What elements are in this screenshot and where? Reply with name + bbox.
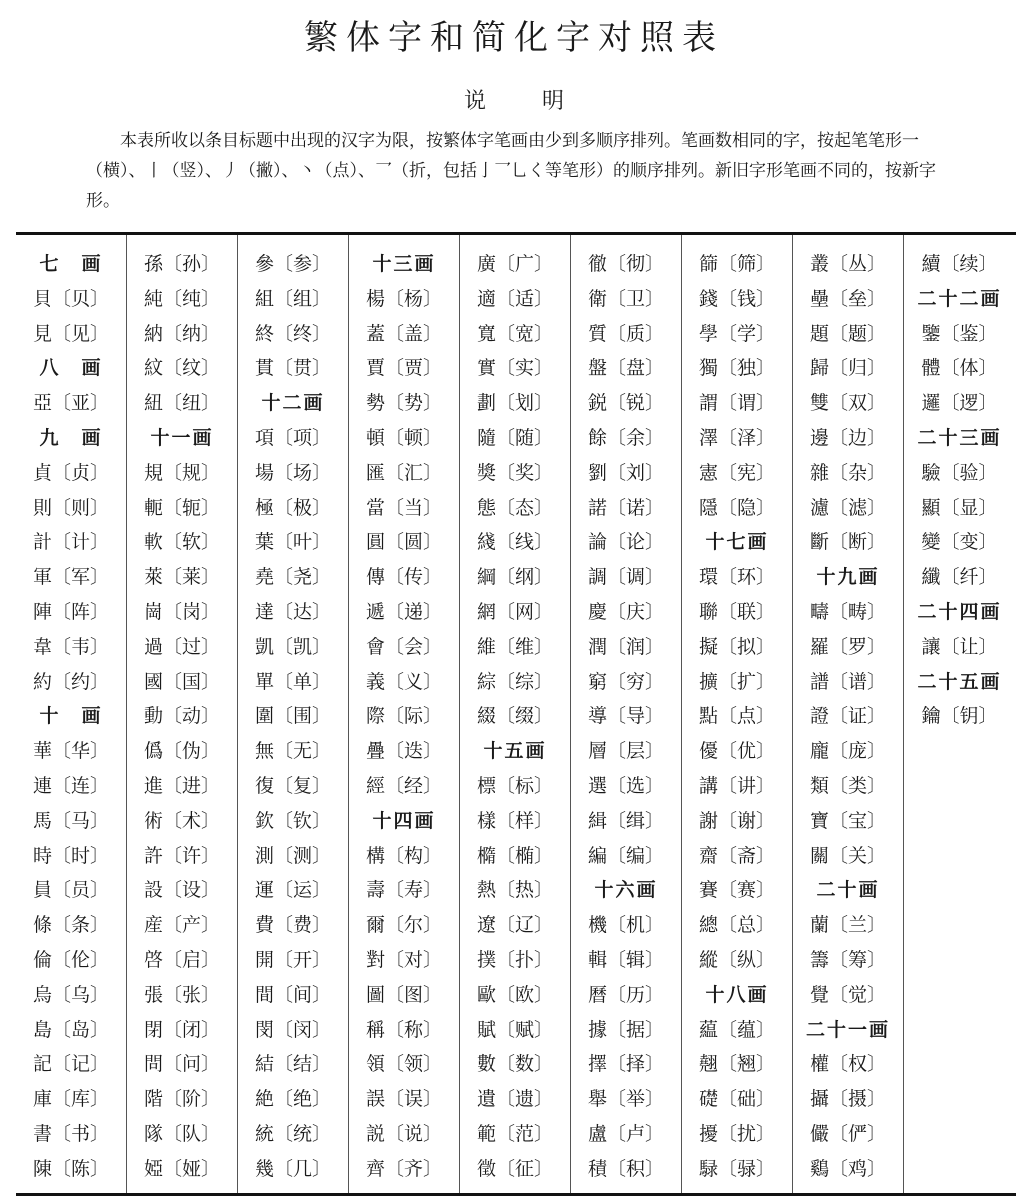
- character-pair: 閔〔闵〕: [238, 1013, 348, 1048]
- character-pair: 領〔领〕: [349, 1047, 459, 1082]
- stroke-count-heading: 二十三画: [904, 421, 1015, 456]
- character-pair: 紐〔纽〕: [127, 386, 237, 421]
- character-pair: 義〔义〕: [349, 665, 459, 700]
- character-pair: 進〔进〕: [127, 769, 237, 804]
- character-pair: 測〔测〕: [238, 839, 348, 874]
- character-pair: 獎〔奖〕: [460, 456, 570, 491]
- character-pair: 過〔过〕: [127, 630, 237, 665]
- character-pair: 絶〔绝〕: [238, 1082, 348, 1117]
- character-pair: 達〔达〕: [238, 595, 348, 630]
- character-pair: 齊〔齐〕: [349, 1152, 459, 1187]
- character-pair: 導〔导〕: [571, 699, 681, 734]
- stroke-count-heading: 十五画: [460, 734, 570, 769]
- character-pair: 範〔范〕: [460, 1117, 570, 1152]
- character-pair: 純〔纯〕: [127, 282, 237, 317]
- character-pair: 統〔统〕: [238, 1117, 348, 1152]
- character-pair: 潤〔润〕: [571, 630, 681, 665]
- character-pair: 適〔适〕: [460, 282, 570, 317]
- character-pair: 張〔张〕: [127, 978, 237, 1013]
- character-pair: 項〔项〕: [238, 421, 348, 456]
- character-pair: 綴〔缀〕: [460, 699, 570, 734]
- character-pair: 盤〔盘〕: [571, 351, 681, 386]
- character-pair: 極〔极〕: [238, 491, 348, 526]
- character-pair: 邏〔逻〕: [904, 386, 1015, 421]
- stroke-count-heading: 十七画: [682, 525, 792, 560]
- character-pair: 總〔总〕: [682, 908, 792, 943]
- character-pair: 費〔费〕: [238, 908, 348, 943]
- character-pair: 納〔纳〕: [127, 317, 237, 352]
- character-pair: 規〔规〕: [127, 456, 237, 491]
- stroke-count-heading: 二十五画: [904, 665, 1015, 700]
- character-pair: 錢〔钱〕: [682, 282, 792, 317]
- stroke-count-heading: 九 画: [16, 421, 126, 456]
- character-pair: 構〔构〕: [349, 839, 459, 874]
- character-pair: 崗〔岗〕: [127, 595, 237, 630]
- character-pair: 態〔态〕: [460, 491, 570, 526]
- character-pair: 變〔变〕: [904, 525, 1015, 560]
- character-pair: 啓〔启〕: [127, 943, 237, 978]
- section-heading: 说明: [0, 84, 1028, 115]
- character-pair: 諾〔诺〕: [571, 491, 681, 526]
- character-pair: 貞〔贞〕: [16, 456, 126, 491]
- page-title: 繁体字和简化字对照表: [0, 10, 1028, 59]
- character-pair: 婭〔娅〕: [127, 1152, 237, 1187]
- character-pair: 調〔调〕: [571, 560, 681, 595]
- character-pair: 慶〔庆〕: [571, 595, 681, 630]
- character-pair: 亞〔亚〕: [16, 386, 126, 421]
- character-pair: 綫〔线〕: [460, 525, 570, 560]
- character-pair: 擴〔扩〕: [682, 665, 792, 700]
- character-pair: 寶〔宝〕: [793, 804, 903, 839]
- table-column: 廣〔广〕適〔适〕寬〔宽〕實〔实〕劃〔划〕隨〔随〕獎〔奖〕態〔态〕綫〔线〕綱〔纲〕…: [460, 235, 571, 1193]
- character-pair: 當〔当〕: [349, 491, 459, 526]
- stroke-count-heading: 七 画: [16, 247, 126, 282]
- character-pair: 圓〔圆〕: [349, 525, 459, 560]
- character-pair: 場〔场〕: [238, 456, 348, 491]
- character-pair: 隊〔队〕: [127, 1117, 237, 1152]
- character-pair: 曆〔历〕: [571, 978, 681, 1013]
- character-pair: 經〔经〕: [349, 769, 459, 804]
- character-pair: 貫〔贯〕: [238, 351, 348, 386]
- character-pair: 組〔组〕: [238, 282, 348, 317]
- table-column: 十三画楊〔杨〕蓋〔盖〕賈〔贾〕勢〔势〕頓〔顿〕匯〔汇〕當〔当〕圓〔圆〕傳〔传〕遞…: [349, 235, 460, 1193]
- character-pair: 術〔术〕: [127, 804, 237, 839]
- character-pair: 聯〔联〕: [682, 595, 792, 630]
- stroke-count-heading: 十四画: [349, 804, 459, 839]
- stroke-count-heading: 十六画: [571, 873, 681, 908]
- character-pair: 參〔参〕: [238, 247, 348, 282]
- character-pair: 騄〔𫘧〕: [682, 1152, 792, 1187]
- character-pair: 標〔标〕: [460, 769, 570, 804]
- character-pair: 擾〔扰〕: [682, 1117, 792, 1152]
- character-pair: 賽〔赛〕: [682, 873, 792, 908]
- character-pair: 據〔据〕: [571, 1013, 681, 1048]
- section-heading-char: 说: [464, 84, 486, 115]
- character-pair: 鋭〔锐〕: [571, 386, 681, 421]
- character-pair: 憲〔宪〕: [682, 456, 792, 491]
- description: 本表所收以条目标题中出现的汉字为限，按繁体字笔画由少到多顺序排列。笔画数相同的字…: [86, 126, 956, 216]
- character-pair: 鑰〔钥〕: [904, 699, 1015, 734]
- character-pair: 實〔实〕: [460, 351, 570, 386]
- stroke-count-heading: 十一画: [127, 421, 237, 456]
- character-pair: 賦〔赋〕: [460, 1013, 570, 1048]
- character-pair: 壘〔垒〕: [793, 282, 903, 317]
- character-pair: 環〔环〕: [682, 560, 792, 595]
- character-pair: 層〔层〕: [571, 734, 681, 769]
- character-pair: 約〔约〕: [16, 665, 126, 700]
- character-pair: 條〔条〕: [16, 908, 126, 943]
- character-pair: 譜〔谱〕: [793, 665, 903, 700]
- character-pair: 綱〔纲〕: [460, 560, 570, 595]
- character-pair: 庫〔库〕: [16, 1082, 126, 1117]
- character-pair: 會〔会〕: [349, 630, 459, 665]
- character-pair: 綜〔综〕: [460, 665, 570, 700]
- character-pair: 撲〔扑〕: [460, 943, 570, 978]
- character-pair: 學〔学〕: [682, 317, 792, 352]
- stroke-count-heading: 二十画: [793, 873, 903, 908]
- character-pair: 則〔则〕: [16, 491, 126, 526]
- character-pair: 韋〔韦〕: [16, 630, 126, 665]
- character-pair: 時〔时〕: [16, 839, 126, 874]
- character-pair: 題〔题〕: [793, 317, 903, 352]
- character-pair: 擬〔拟〕: [682, 630, 792, 665]
- character-pair: 無〔无〕: [238, 734, 348, 769]
- character-pair: 篩〔筛〕: [682, 247, 792, 282]
- character-pair: 餘〔余〕: [571, 421, 681, 456]
- character-pair: 結〔结〕: [238, 1047, 348, 1082]
- character-pair: 葉〔叶〕: [238, 525, 348, 560]
- character-pair: 徵〔征〕: [460, 1152, 570, 1187]
- character-pair: 閉〔闭〕: [127, 1013, 237, 1048]
- character-pair: 陳〔陈〕: [16, 1152, 126, 1187]
- character-pair: 數〔数〕: [460, 1047, 570, 1082]
- character-pair: 礎〔础〕: [682, 1082, 792, 1117]
- character-pair: 雙〔双〕: [793, 386, 903, 421]
- character-pair: 島〔岛〕: [16, 1013, 126, 1048]
- character-pair: 熱〔热〕: [460, 873, 570, 908]
- character-pair: 論〔论〕: [571, 525, 681, 560]
- character-pair: 緝〔缉〕: [571, 804, 681, 839]
- character-pair: 輯〔辑〕: [571, 943, 681, 978]
- character-pair: 鑒〔鉴〕: [904, 317, 1015, 352]
- character-pair: 點〔点〕: [682, 699, 792, 734]
- character-pair: 書〔书〕: [16, 1117, 126, 1152]
- table-column: 孫〔孙〕純〔纯〕納〔纳〕紋〔纹〕紐〔纽〕十一画規〔规〕軛〔轭〕軟〔软〕萊〔莱〕崗…: [127, 235, 238, 1193]
- character-pair: 壽〔寿〕: [349, 873, 459, 908]
- character-pair: 楊〔杨〕: [349, 282, 459, 317]
- table-column: 七 画貝〔贝〕見〔见〕八 画亞〔亚〕九 画貞〔贞〕則〔则〕計〔计〕軍〔军〕陣〔阵…: [16, 235, 127, 1193]
- character-pair: 劃〔划〕: [460, 386, 570, 421]
- character-pair: 歸〔归〕: [793, 351, 903, 386]
- character-pair: 軍〔军〕: [16, 560, 126, 595]
- stroke-count-heading: 十八画: [682, 978, 792, 1013]
- character-pair: 羅〔罗〕: [793, 630, 903, 665]
- character-table: 七 画貝〔贝〕見〔见〕八 画亞〔亚〕九 画貞〔贞〕則〔则〕計〔计〕軍〔军〕陣〔阵…: [16, 232, 1016, 1196]
- character-pair: 關〔关〕: [793, 839, 903, 874]
- character-pair: 誤〔误〕: [349, 1082, 459, 1117]
- character-pair: 疇〔畴〕: [793, 595, 903, 630]
- character-pair: 凱〔凯〕: [238, 630, 348, 665]
- character-pair: 衛〔卫〕: [571, 282, 681, 317]
- character-pair: 隱〔隐〕: [682, 491, 792, 526]
- character-pair: 選〔选〕: [571, 769, 681, 804]
- character-pair: 邊〔边〕: [793, 421, 903, 456]
- character-pair: 權〔权〕: [793, 1047, 903, 1082]
- character-pair: 雜〔杂〕: [793, 456, 903, 491]
- character-pair: 圍〔围〕: [238, 699, 348, 734]
- table-column: 篩〔筛〕錢〔钱〕學〔学〕獨〔独〕謂〔谓〕澤〔泽〕憲〔宪〕隱〔隐〕十七画環〔环〕聯…: [682, 235, 793, 1193]
- character-pair: 單〔单〕: [238, 665, 348, 700]
- character-pair: 優〔优〕: [682, 734, 792, 769]
- character-pair: 孫〔孙〕: [127, 247, 237, 282]
- stroke-count-heading: 八 画: [16, 351, 126, 386]
- character-pair: 翹〔翘〕: [682, 1047, 792, 1082]
- character-pair: 劉〔刘〕: [571, 456, 681, 491]
- character-pair: 圖〔图〕: [349, 978, 459, 1013]
- character-pair: 樣〔样〕: [460, 804, 570, 839]
- character-pair: 謝〔谢〕: [682, 804, 792, 839]
- character-pair: 疊〔迭〕: [349, 734, 459, 769]
- character-pair: 寬〔宽〕: [460, 317, 570, 352]
- stroke-count-heading: 十 画: [16, 699, 126, 734]
- character-pair: 稱〔称〕: [349, 1013, 459, 1048]
- character-pair: 爾〔尔〕: [349, 908, 459, 943]
- character-pair: 維〔维〕: [460, 630, 570, 665]
- character-pair: 僞〔伪〕: [127, 734, 237, 769]
- character-pair: 間〔间〕: [238, 978, 348, 1013]
- stroke-count-heading: 十二画: [238, 386, 348, 421]
- table-column: 參〔参〕組〔组〕終〔终〕貫〔贯〕十二画項〔项〕場〔场〕極〔极〕葉〔叶〕堯〔尧〕達…: [238, 235, 349, 1193]
- character-pair: 顯〔显〕: [904, 491, 1015, 526]
- character-pair: 獨〔独〕: [682, 351, 792, 386]
- character-pair: 記〔记〕: [16, 1047, 126, 1082]
- character-pair: 傳〔传〕: [349, 560, 459, 595]
- character-pair: 動〔动〕: [127, 699, 237, 734]
- character-pair: 堯〔尧〕: [238, 560, 348, 595]
- character-pair: 烏〔乌〕: [16, 978, 126, 1013]
- stroke-count-heading: 二十二画: [904, 282, 1015, 317]
- character-pair: 隨〔随〕: [460, 421, 570, 456]
- character-pair: 藴〔蕴〕: [682, 1013, 792, 1048]
- character-pair: 講〔讲〕: [682, 769, 792, 804]
- character-pair: 橢〔椭〕: [460, 839, 570, 874]
- character-pair: 連〔连〕: [16, 769, 126, 804]
- character-pair: 龐〔庞〕: [793, 734, 903, 769]
- character-pair: 擇〔择〕: [571, 1047, 681, 1082]
- character-pair: 復〔复〕: [238, 769, 348, 804]
- character-pair: 續〔续〕: [904, 247, 1015, 282]
- character-pair: 頓〔顿〕: [349, 421, 459, 456]
- character-pair: 説〔说〕: [349, 1117, 459, 1152]
- character-pair: 鷄〔鸡〕: [793, 1152, 903, 1187]
- character-pair: 體〔体〕: [904, 351, 1015, 386]
- table-column: 徹〔彻〕衛〔卫〕質〔质〕盤〔盘〕鋭〔锐〕餘〔余〕劉〔刘〕諾〔诺〕論〔论〕調〔调〕…: [571, 235, 682, 1193]
- character-pair: 覺〔觉〕: [793, 978, 903, 1013]
- character-pair: 齋〔斋〕: [682, 839, 792, 874]
- character-pair: 籌〔筹〕: [793, 943, 903, 978]
- stroke-count-heading: 二十一画: [793, 1013, 903, 1048]
- character-pair: 國〔国〕: [127, 665, 237, 700]
- character-pair: 紋〔纹〕: [127, 351, 237, 386]
- character-pair: 窮〔穷〕: [571, 665, 681, 700]
- character-pair: 攝〔摄〕: [793, 1082, 903, 1117]
- character-pair: 馬〔马〕: [16, 804, 126, 839]
- character-pair: 遼〔辽〕: [460, 908, 570, 943]
- character-pair: 澤〔泽〕: [682, 421, 792, 456]
- character-pair: 機〔机〕: [571, 908, 681, 943]
- character-pair: 編〔编〕: [571, 839, 681, 874]
- character-pair: 計〔计〕: [16, 525, 126, 560]
- character-pair: 階〔阶〕: [127, 1082, 237, 1117]
- character-pair: 幾〔几〕: [238, 1152, 348, 1187]
- character-pair: 謂〔谓〕: [682, 386, 792, 421]
- character-pair: 設〔设〕: [127, 873, 237, 908]
- description-text: 本表所收以条目标题中出现的汉字为限，按繁体字笔画由少到多顺序排列。笔画数相同的字…: [86, 126, 956, 216]
- character-pair: 驗〔验〕: [904, 456, 1015, 491]
- character-pair: 軟〔软〕: [127, 525, 237, 560]
- character-pair: 縱〔纵〕: [682, 943, 792, 978]
- character-pair: 勢〔势〕: [349, 386, 459, 421]
- character-pair: 見〔见〕: [16, 317, 126, 352]
- character-pair: 對〔对〕: [349, 943, 459, 978]
- character-pair: 纖〔纤〕: [904, 560, 1015, 595]
- character-pair: 濾〔滤〕: [793, 491, 903, 526]
- character-pair: 華〔华〕: [16, 734, 126, 769]
- character-pair: 廣〔广〕: [460, 247, 570, 282]
- character-pair: 軛〔轭〕: [127, 491, 237, 526]
- character-pair: 終〔终〕: [238, 317, 348, 352]
- character-pair: 問〔问〕: [127, 1047, 237, 1082]
- character-pair: 貝〔贝〕: [16, 282, 126, 317]
- character-pair: 員〔员〕: [16, 873, 126, 908]
- character-pair: 讓〔让〕: [904, 630, 1015, 665]
- character-pair: 蓋〔盖〕: [349, 317, 459, 352]
- character-pair: 遞〔递〕: [349, 595, 459, 630]
- character-pair: 儼〔俨〕: [793, 1117, 903, 1152]
- table-column: 叢〔丛〕壘〔垒〕題〔题〕歸〔归〕雙〔双〕邊〔边〕雜〔杂〕濾〔滤〕斷〔断〕十九画疇…: [793, 235, 904, 1193]
- character-pair: 許〔许〕: [127, 839, 237, 874]
- character-pair: 類〔类〕: [793, 769, 903, 804]
- character-pair: 盧〔卢〕: [571, 1117, 681, 1152]
- character-pair: 賈〔贾〕: [349, 351, 459, 386]
- character-pair: 斷〔断〕: [793, 525, 903, 560]
- character-pair: 網〔网〕: [460, 595, 570, 630]
- character-pair: 際〔际〕: [349, 699, 459, 734]
- character-pair: 開〔开〕: [238, 943, 348, 978]
- section-heading-char: 明: [542, 84, 564, 115]
- character-pair: 叢〔丛〕: [793, 247, 903, 282]
- character-pair: 遺〔遗〕: [460, 1082, 570, 1117]
- character-pair: 證〔证〕: [793, 699, 903, 734]
- character-pair: 産〔产〕: [127, 908, 237, 943]
- character-pair: 質〔质〕: [571, 317, 681, 352]
- character-pair: 歐〔欧〕: [460, 978, 570, 1013]
- character-pair: 萊〔莱〕: [127, 560, 237, 595]
- character-pair: 運〔运〕: [238, 873, 348, 908]
- character-pair: 蘭〔兰〕: [793, 908, 903, 943]
- stroke-count-heading: 二十四画: [904, 595, 1015, 630]
- stroke-count-heading: 十三画: [349, 247, 459, 282]
- character-pair: 積〔积〕: [571, 1152, 681, 1187]
- character-pair: 徹〔彻〕: [571, 247, 681, 282]
- character-pair: 舉〔举〕: [571, 1082, 681, 1117]
- character-pair: 匯〔汇〕: [349, 456, 459, 491]
- character-pair: 欽〔钦〕: [238, 804, 348, 839]
- table-column: 續〔续〕二十二画鑒〔鉴〕體〔体〕邏〔逻〕二十三画驗〔验〕顯〔显〕變〔变〕纖〔纤〕…: [904, 235, 1015, 1193]
- character-pair: 倫〔伦〕: [16, 943, 126, 978]
- character-pair: 陣〔阵〕: [16, 595, 126, 630]
- stroke-count-heading: 十九画: [793, 560, 903, 595]
